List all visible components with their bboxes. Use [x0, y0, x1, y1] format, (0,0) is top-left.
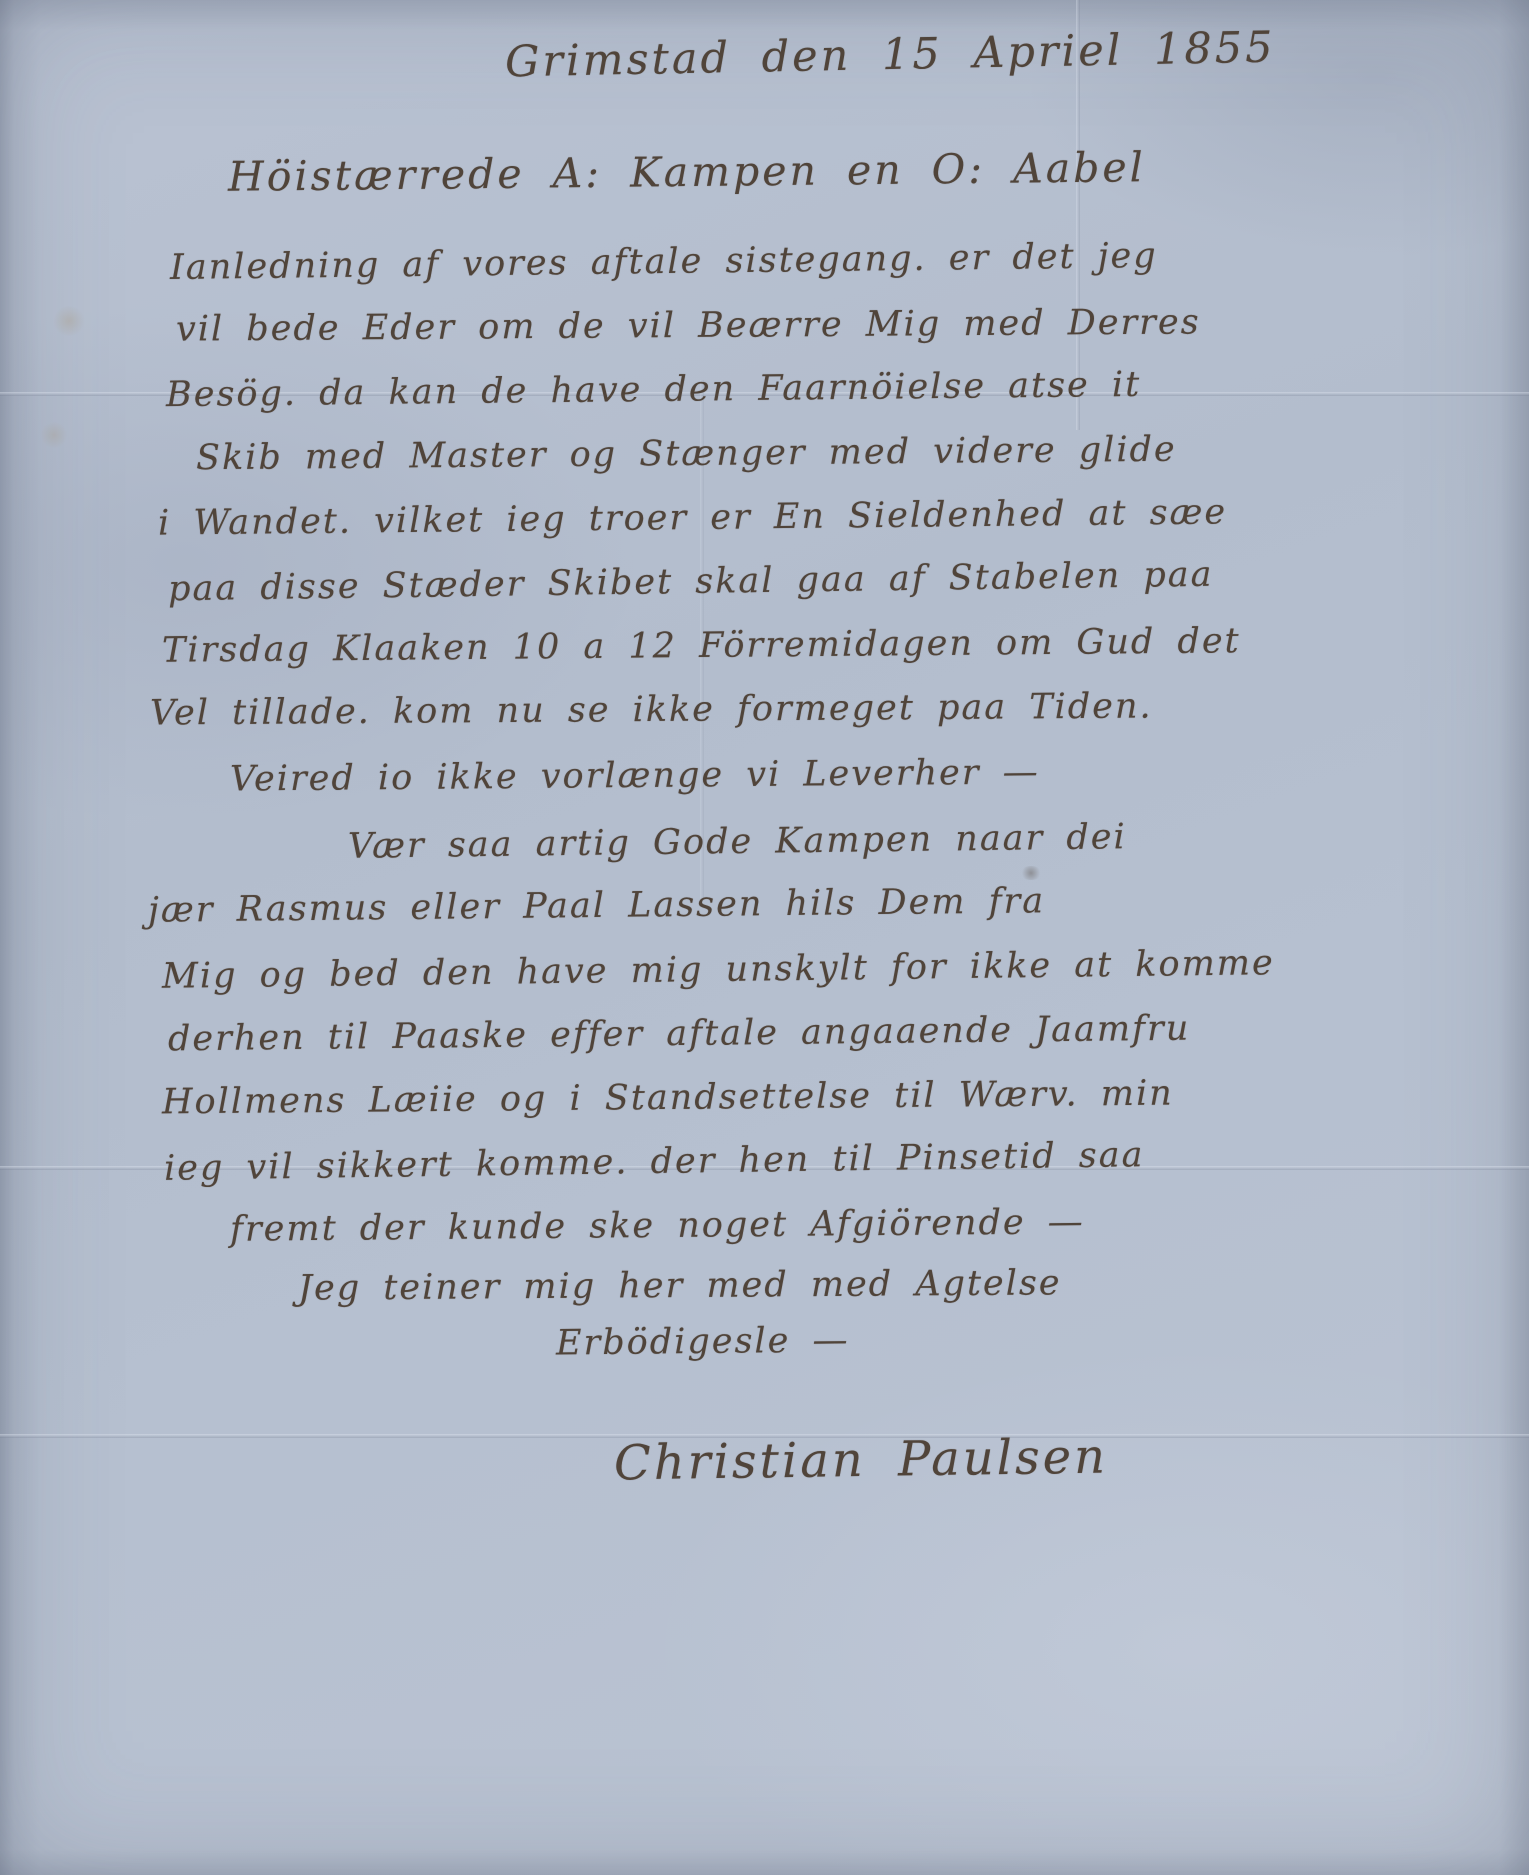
handwritten-line: Jeg teiner mig her med med Agtelse	[298, 1263, 1062, 1308]
handwritten-line: Vær saa artig Gode Kampen naar dei	[348, 817, 1127, 867]
handwritten-line: paa disse Stæder Skibet skal gaa af Stab…	[168, 555, 1214, 610]
foxing-spot	[40, 422, 68, 448]
handwritten-line: jær Rasmus eller Paal Lassen hils Dem fr…	[148, 881, 1046, 930]
handwritten-line: derhen til Paaske effer aftale angaaende…	[168, 1009, 1191, 1060]
handwritten-line: Mig og bed den have mig unskylt for ikke…	[162, 943, 1275, 997]
handwritten-line: Vel tillade. kom nu se ikke formeget paa…	[150, 687, 1153, 734]
handwritten-line: i Wandet. vilket ieg troer er En Sielden…	[158, 492, 1228, 543]
handwritten-line: Ianledning af vores aftale sistegang. er…	[170, 236, 1158, 288]
handwritten-line: Skib med Master og Stænger med videre gl…	[196, 430, 1177, 479]
handwritten-line: Tirsdag Klaaken 10 a 12 Förremidagen om …	[162, 621, 1241, 670]
handwritten-line: ieg vil sikkert komme. der hen til Pinse…	[164, 1135, 1145, 1189]
handwritten-line: Hollmens Læiie og i Standsettelse til Wæ…	[162, 1074, 1174, 1123]
letter-paper: Grimstad den 15 Apriel 1855 Höistærrede …	[0, 0, 1529, 1875]
handwritten-line: Veired io ikke vorlænge vi Leverher —	[230, 752, 1040, 799]
ink-smudge	[1020, 866, 1042, 880]
salutation-line: Höistærrede A: Kampen en O: Aabel	[228, 143, 1146, 201]
dateline: Grimstad den 15 Apriel 1855	[505, 23, 1276, 88]
handwritten-line: fremt der kunde ske noget Afgiörende —	[230, 1202, 1085, 1249]
signature: Christian Paulsen	[614, 1429, 1109, 1492]
handwritten-line: Besög. da kan de have den Faarnöielse at…	[166, 365, 1142, 415]
handwritten-line: Erbödigesle —	[556, 1320, 850, 1363]
handwritten-line: vil bede Eder om de vil Beærre Mig med D…	[176, 302, 1201, 349]
foxing-spot	[52, 306, 86, 336]
